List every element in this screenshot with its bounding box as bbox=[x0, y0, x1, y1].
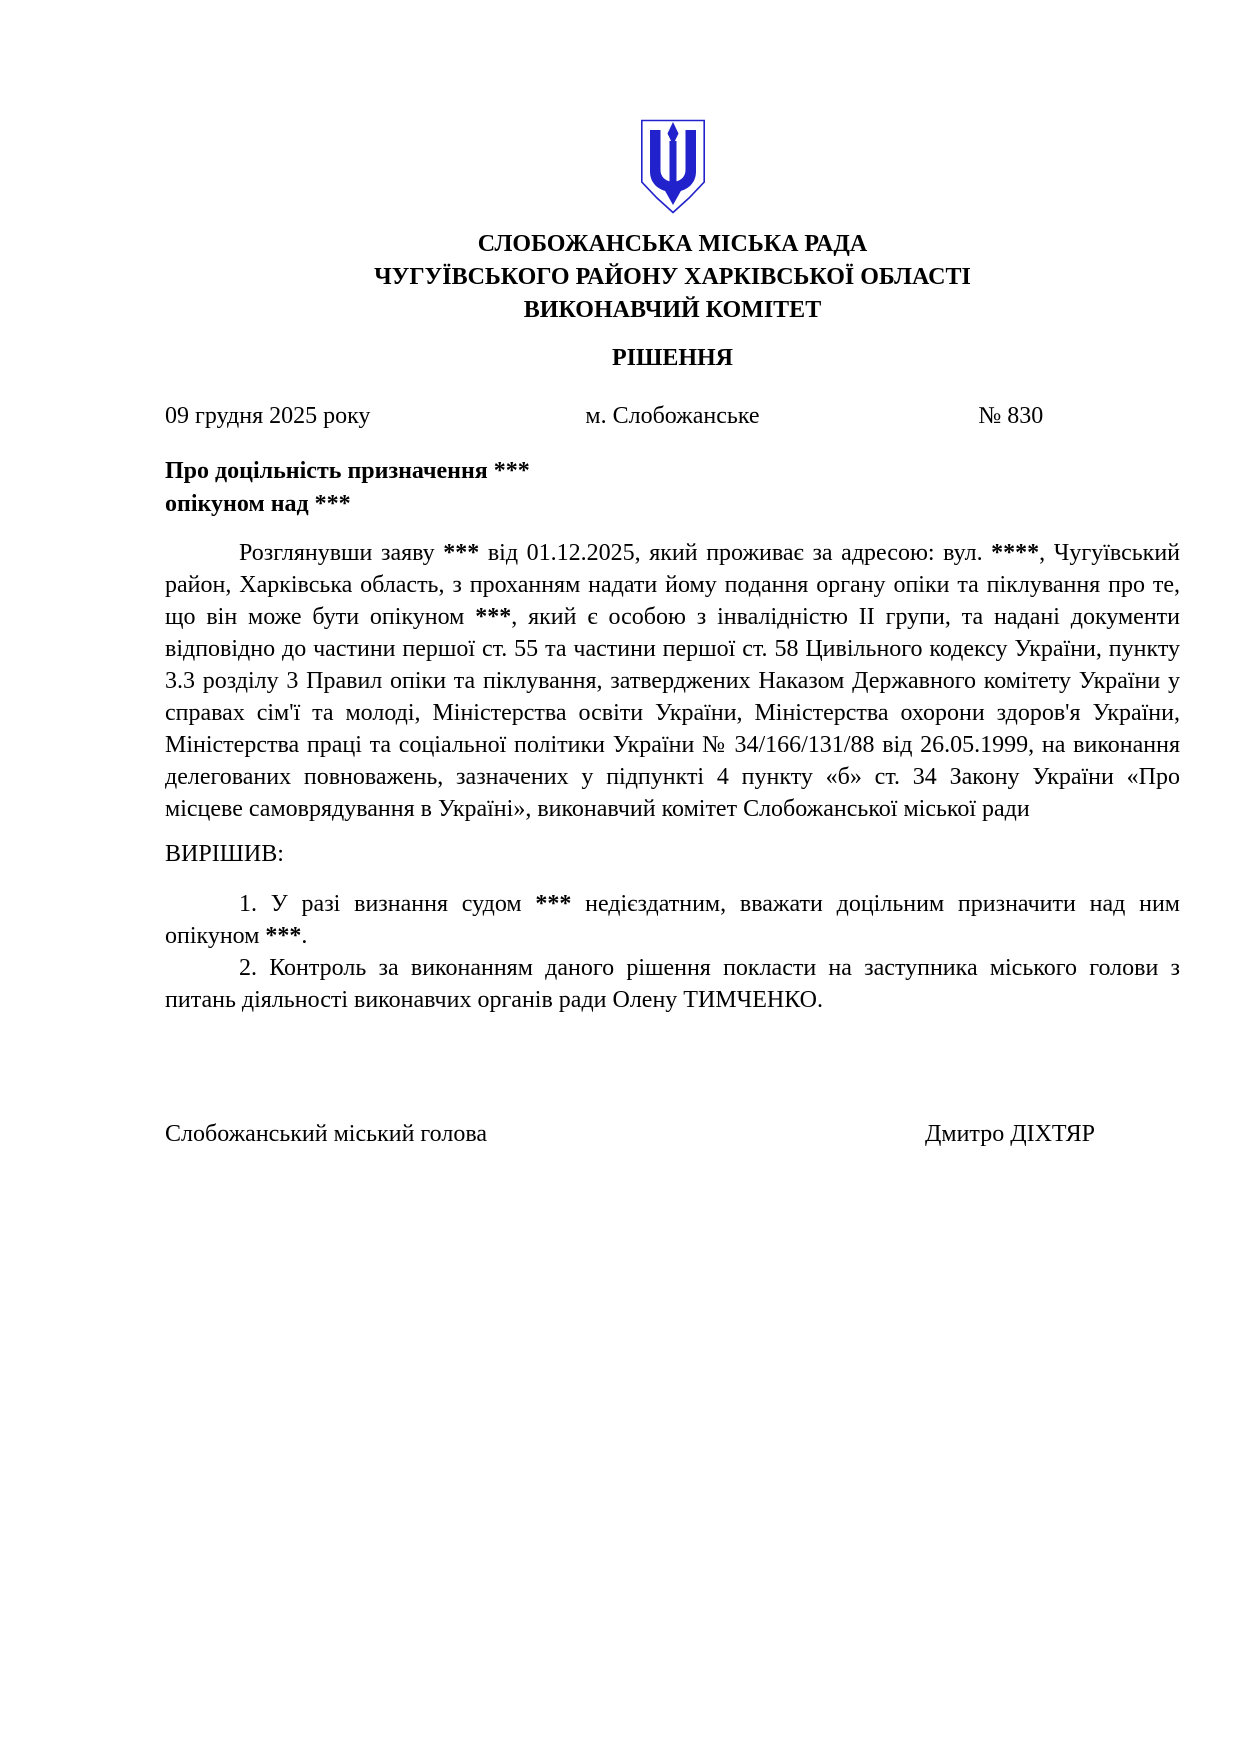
resolution-items: 1. У разі визнання судом *** недієздатни… bbox=[165, 888, 1180, 1016]
subject-line-1: Про доцільність призначення *** bbox=[165, 455, 1180, 488]
signature-row: Слобожанський міський голова Дмитро ДІХТ… bbox=[165, 1118, 1180, 1151]
document-number: № 830 bbox=[842, 400, 1180, 433]
issuing-authority: СЛОБОЖАНСЬКА МІСЬКА РАДА ЧУГУЇВСЬКОГО РА… bbox=[165, 228, 1180, 327]
document-subject: Про доцільність призначення *** опікуном… bbox=[165, 455, 1180, 521]
resolution-item-1: 1. У разі визнання судом *** недієздатни… bbox=[165, 888, 1180, 952]
trident-icon bbox=[650, 122, 696, 205]
authority-body: ВИКОНАВЧИЙ КОМІТЕТ bbox=[165, 294, 1180, 327]
signatory-name: Дмитро ДІХТЯР bbox=[925, 1118, 1180, 1151]
subject-line-2: опікуном над *** bbox=[165, 488, 1180, 521]
trident-shield-icon bbox=[639, 119, 707, 215]
document-place: м. Слобожанське bbox=[503, 400, 841, 433]
authority-district: ЧУГУЇВСЬКОГО РАЙОНУ ХАРКІВСЬКОЇ ОБЛАСТІ bbox=[165, 261, 1180, 294]
document-date: 09 грудня 2025 року bbox=[165, 400, 503, 433]
preamble-paragraph: Розглянувши заяву *** від 01.12.2025, як… bbox=[165, 537, 1180, 825]
document-type-title: РІШЕННЯ bbox=[165, 342, 1180, 375]
document-page: СЛОБОЖАНСЬКА МІСЬКА РАДА ЧУГУЇВСЬКОГО РА… bbox=[0, 0, 1240, 1754]
signatory-title: Слобожанський міський голова bbox=[165, 1118, 487, 1151]
authority-name: СЛОБОЖАНСЬКА МІСЬКА РАДА bbox=[165, 228, 1180, 261]
resolution-item-2: 2. Контроль за виконанням даного рішення… bbox=[165, 952, 1180, 1016]
document-meta-row: 09 грудня 2025 року м. Слобожанське № 83… bbox=[165, 400, 1180, 433]
ukraine-trident-emblem bbox=[639, 119, 707, 215]
resolved-label: ВИРІШИВ: bbox=[165, 838, 1180, 870]
